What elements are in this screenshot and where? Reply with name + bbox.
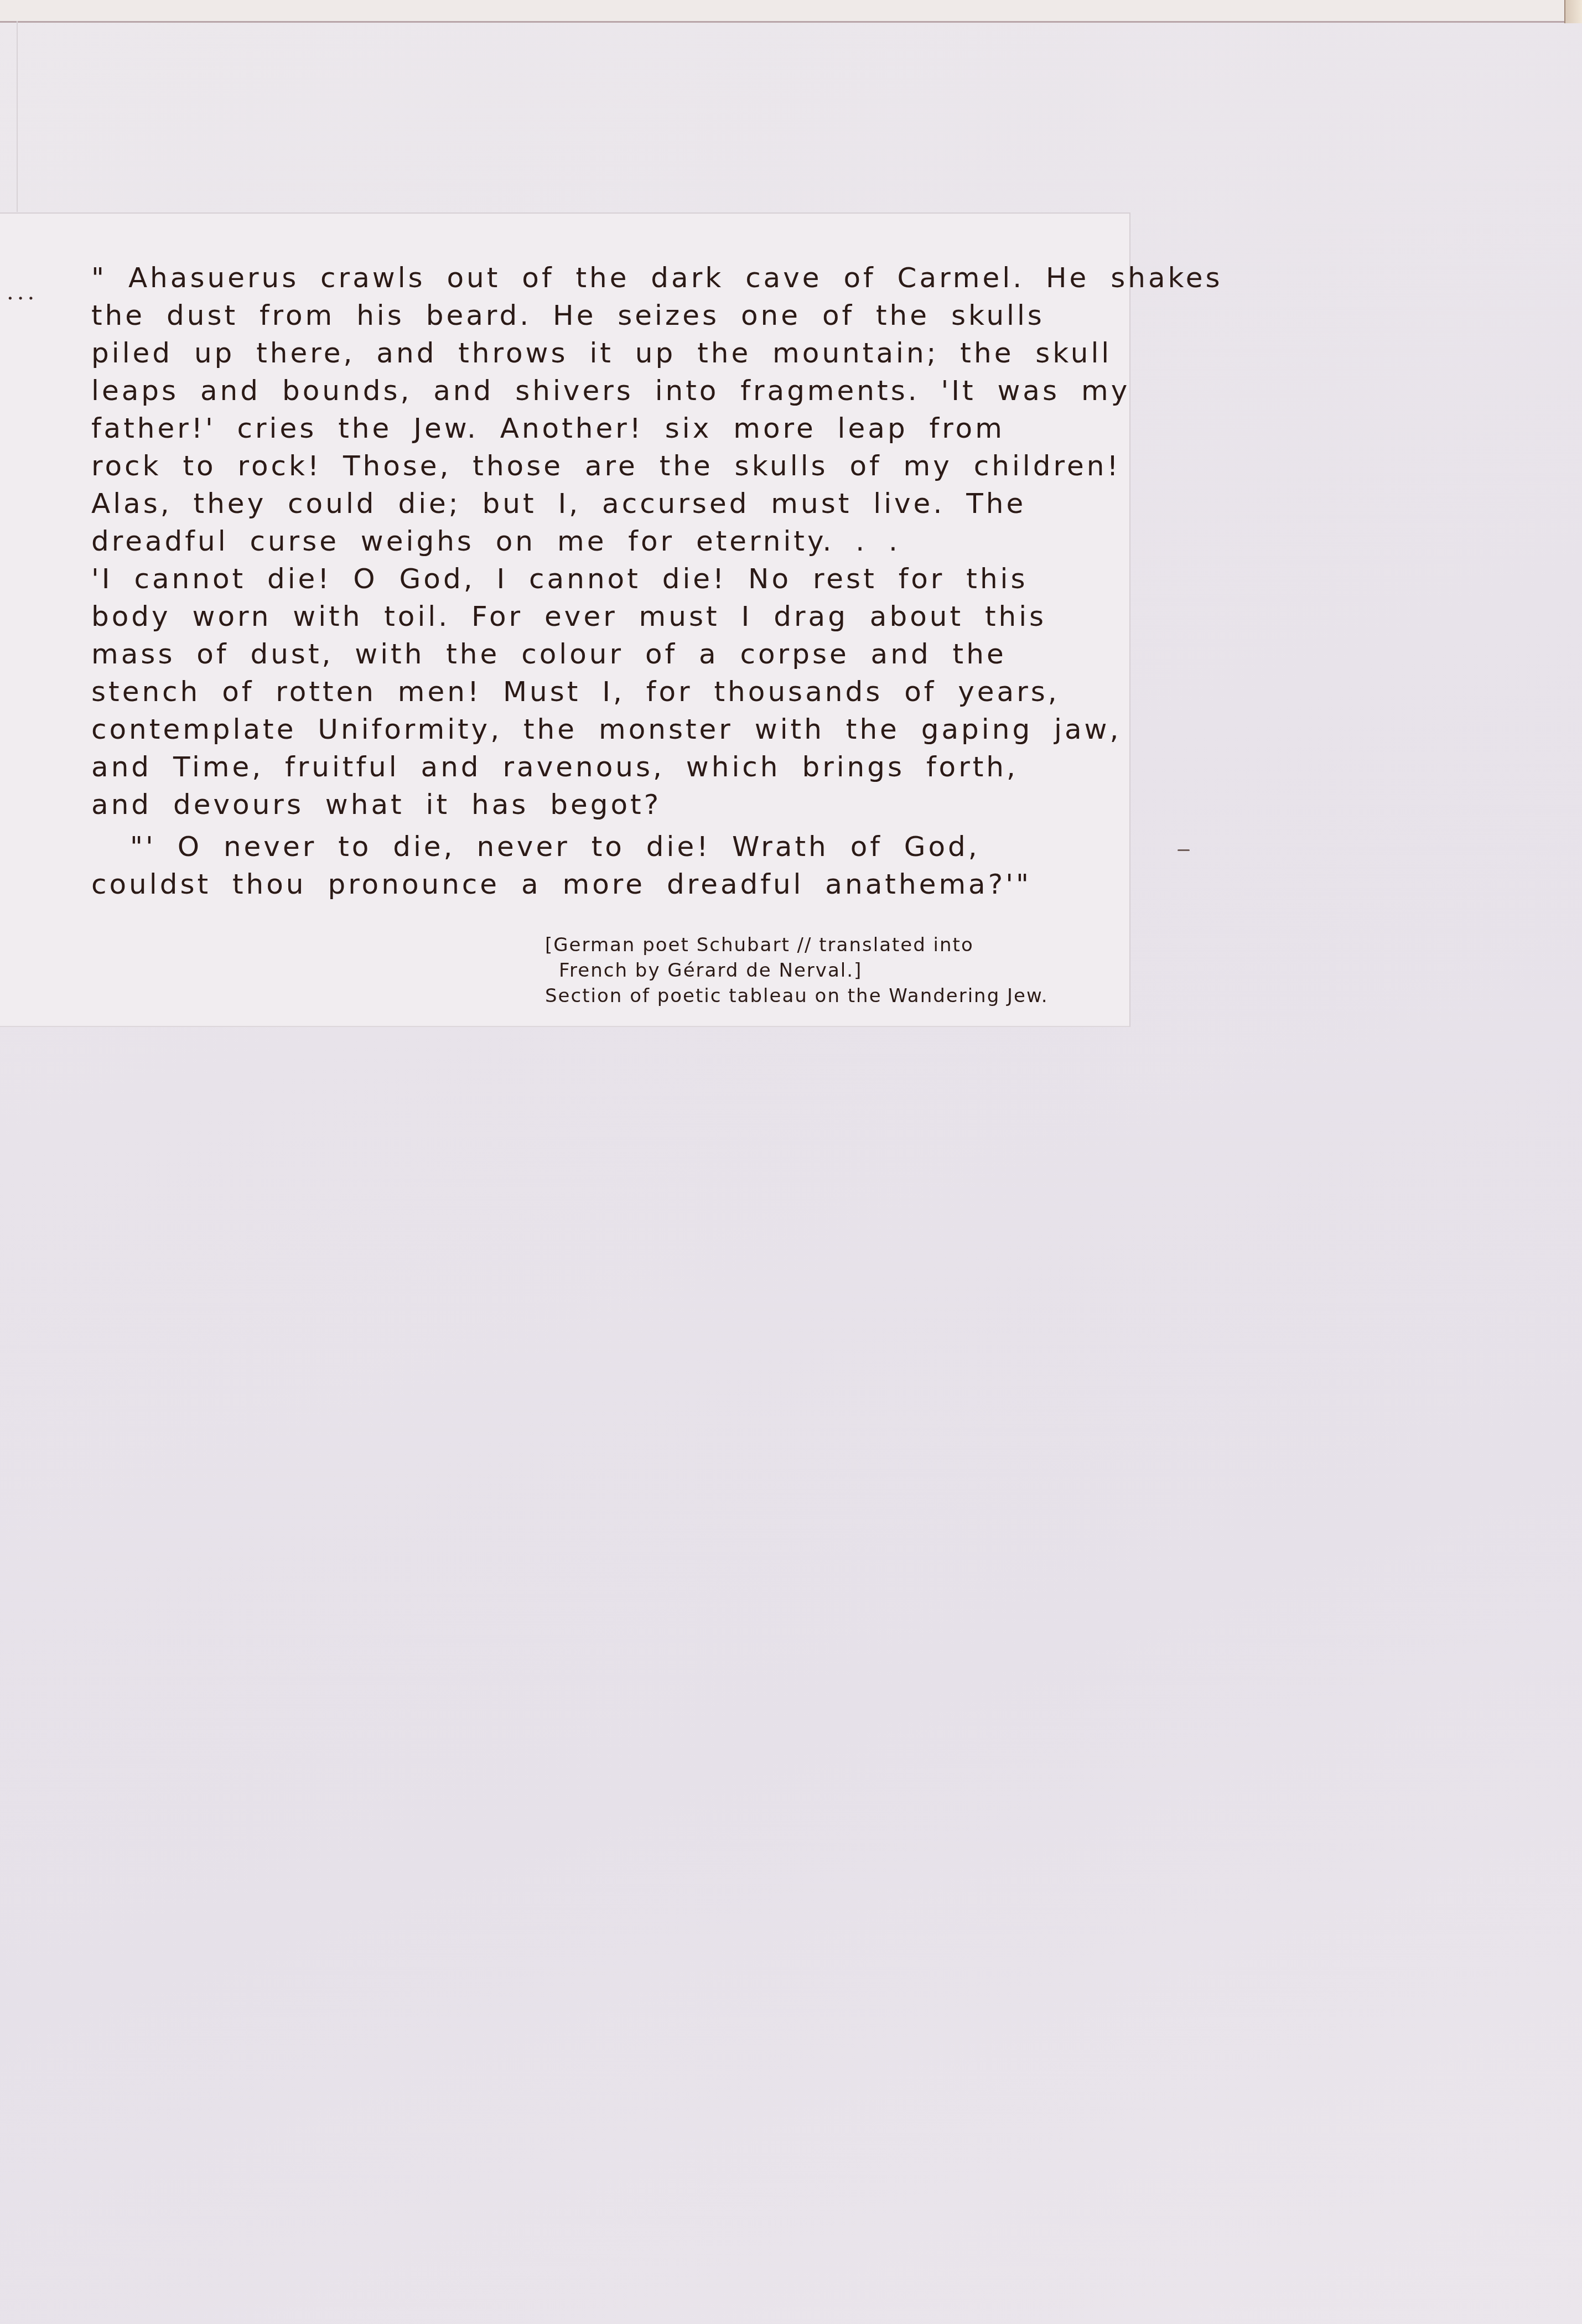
attribution-line: [German poet Schubart // translated into (545, 932, 1049, 958)
corner-tab (1564, 0, 1582, 23)
manuscript-line: father!' cries the Jew. Another! six mor… (91, 409, 1098, 447)
closing-quote-line: couldst thou pronounce a more dreadful a… (91, 865, 1098, 903)
attribution-line: Section of poetic tableau on the Wanderi… (545, 983, 1049, 1009)
manuscript-line: body worn with toil. For ever must I dra… (91, 598, 1098, 635)
manuscript-line: rock to rock! Those, those are the skull… (91, 447, 1098, 485)
leading-ellipsis: ... (7, 279, 38, 305)
manuscript-line: 'I cannot die! O God, I cannot die! No r… (91, 560, 1098, 598)
manuscript-line: leaps and bounds, and shivers into fragm… (91, 372, 1098, 409)
manuscript-line: contemplate Uniformity, the monster with… (91, 710, 1098, 748)
manuscript-text: " Ahasuerus crawls out of the dark cave … (91, 259, 1098, 903)
manuscript-line: and devours what it has begot? (91, 786, 1098, 823)
manuscript-line: and Time, fruitful and ravenous, which b… (91, 748, 1098, 786)
manuscript-line: " Ahasuerus crawls out of the dark cave … (91, 259, 1098, 297)
manuscript-line: dreadful curse weighs on me for eternity… (91, 522, 1098, 560)
sheet-margin-line (17, 21, 18, 212)
attribution-note: [German poet Schubart // translated into… (545, 932, 1049, 1009)
closing-quote-line: "' O never to die, never to die! Wrath o… (91, 828, 1098, 865)
manuscript-line: the dust from his beard. He seizes one o… (91, 297, 1098, 334)
manuscript-line: mass of dust, with the colour of a corps… (91, 635, 1098, 673)
stray-pen-mark (1178, 849, 1190, 851)
underlying-sheet-edge (0, 0, 1582, 23)
manuscript-line: piled up there, and throws it up the mou… (91, 334, 1098, 372)
attribution-line: French by Gérard de Nerval.] (545, 958, 1049, 983)
manuscript-line: Alas, they could die; but I, accursed mu… (91, 485, 1098, 522)
manuscript-line: stench of rotten men! Must I, for thousa… (91, 673, 1098, 710)
